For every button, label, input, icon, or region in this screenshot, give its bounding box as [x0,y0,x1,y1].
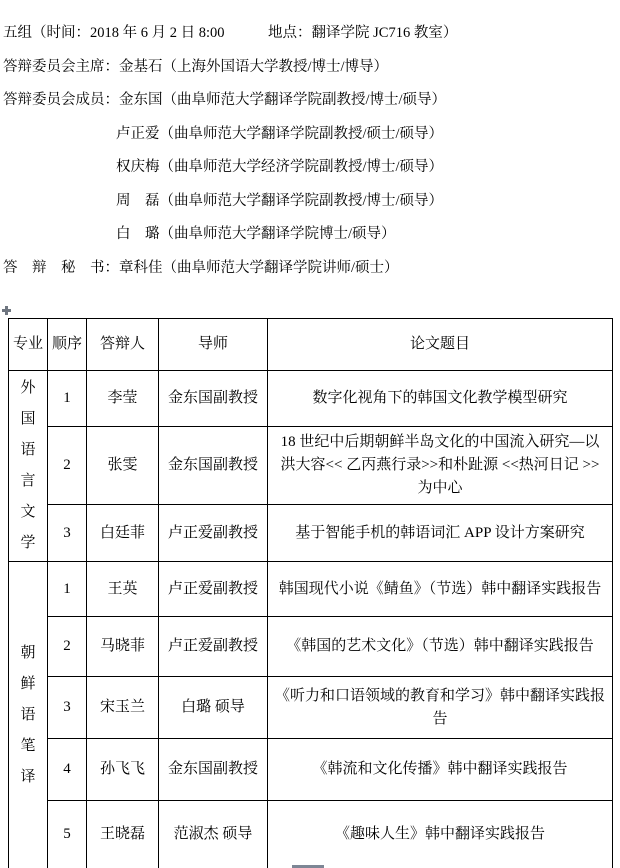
major-cell: 朝鲜语笔译 [9,562,48,868]
table-row: 5 王晓磊 范淑杰 硕导 《趣味人生》韩中翻译实践报告 [9,801,613,868]
order-cell: 3 [48,677,87,739]
student-cell: 马晓菲 [87,617,159,677]
title-cell: 基于智能手机的韩语词汇 APP 设计方案研究 [268,505,613,562]
header-major: 专业 [9,319,48,371]
header-student: 答辩人 [87,319,159,371]
order-cell: 5 [48,801,87,868]
order-cell: 2 [48,617,87,677]
major-cell: 外国语言文学 [9,371,48,562]
title-cell: 《韩流和文化传播》韩中翻译实践报告 [268,739,613,801]
committee-member-4: 周 磊（曲阜师范大学翻译学院副教授/博士/硕导） [3,185,615,219]
committee-member-3: 权庆梅（曲阜师范大学经济学院副教授/博士/硕导） [3,151,615,185]
student-cell: 王晓磊 [87,801,159,868]
advisor-cell: 卢正爱副教授 [159,505,268,562]
order-cell: 1 [48,371,87,427]
document-page: 五组（时间：2018 年 6 月 2 日 8:00 地点：翻译学院 JC716 … [0,0,620,868]
title-cell: 《听力和口语领域的教育和学习》韩中翻译实践报告 [268,677,613,739]
table-row: 2 马晓菲 卢正爱副教授 《韩国的艺术文化》（节选）韩中翻译实践报告 [9,617,613,677]
table-move-handle-icon[interactable] [2,306,11,315]
table-row: 3 宋玉兰 白璐 硕导 《听力和口语领域的教育和学习》韩中翻译实践报告 [9,677,613,739]
table-row: 朝鲜语笔译 1 王英 卢正爱副教授 韩国现代小说《鲭鱼》（节选）韩中翻译实践报告 [9,562,613,617]
student-cell: 李莹 [87,371,159,427]
title-cell: 18 世纪中后期朝鲜半岛文化的中国流入研究—以洪大容<< 乙丙燕行录>>和朴趾源… [268,426,613,504]
student-cell: 宋玉兰 [87,677,159,739]
advisor-cell: 范淑杰 硕导 [159,801,268,868]
title-cell: 《韩国的艺术文化》（节选）韩中翻译实践报告 [268,617,613,677]
table-header-row: 专业 顺序 答辩人 导师 论文题目 [9,319,613,371]
order-cell: 2 [48,426,87,504]
major-label: 外国语言文学 [20,373,36,559]
table-row: 3 白廷菲 卢正爱副教授 基于智能手机的韩语词汇 APP 设计方案研究 [9,505,613,562]
order-cell: 1 [48,562,87,617]
advisor-cell: 金东国副教授 [159,426,268,504]
advisor-cell: 金东国副教授 [159,371,268,427]
group-time-location-line: 五组（时间：2018 年 6 月 2 日 8:00 地点：翻译学院 JC716 … [3,17,615,51]
advisor-cell: 卢正爱副教授 [159,617,268,677]
table-row: 2 张雯 金东国副教授 18 世纪中后期朝鲜半岛文化的中国流入研究—以洪大容<<… [9,426,613,504]
committee-chair-line: 答辩委员会主席：金基石（上海外国语大学教授/博士/博导） [3,51,615,85]
order-cell: 4 [48,739,87,801]
student-cell: 白廷菲 [87,505,159,562]
committee-member-1: 金东国（曲阜师范大学翻译学院副教授/博士/硕导） [119,92,446,108]
table-row: 4 孙飞飞 金东国副教授 《韩流和文化传播》韩中翻译实践报告 [9,739,613,801]
header-order: 顺序 [48,319,87,371]
advisor-cell: 卢正爱副教授 [159,562,268,617]
move-handle-bar-vertical [5,306,8,315]
advisor-cell: 白璐 硕导 [159,677,268,739]
intro-block: 五组（时间：2018 年 6 月 2 日 8:00 地点：翻译学院 JC716 … [3,17,615,285]
title-cell: 韩国现代小说《鲭鱼》（节选）韩中翻译实践报告 [268,562,613,617]
major-label: 朝鲜语笔译 [20,638,36,793]
committee-member-5: 白 璐（曲阜师范大学翻译学院博士/硕导） [3,218,615,252]
order-cell: 3 [48,505,87,562]
header-title: 论文题目 [268,319,613,371]
defense-secretary-line: 答 辩 秘 书：章科佳（曲阜师范大学翻译学院讲师/硕士） [3,252,615,286]
advisor-cell: 金东国副教授 [159,739,268,801]
defense-schedule-table: 专业 顺序 答辩人 导师 论文题目 外国语言文学 1 李莹 金东国副教授 数字化… [8,318,613,868]
student-cell: 张雯 [87,426,159,504]
committee-member-2: 卢正爱（曲阜师范大学翻译学院副教授/硕士/硕导） [3,118,615,152]
title-cell: 《趣味人生》韩中翻译实践报告 [268,801,613,868]
student-cell: 孙飞飞 [87,739,159,801]
table-row: 外国语言文学 1 李莹 金东国副教授 数字化视角下的韩国文化教学模型研究 [9,371,613,427]
committee-members-label: 答辩委员会成员： [3,92,119,108]
committee-members-line-1: 答辩委员会成员：金东国（曲阜师范大学翻译学院副教授/博士/硕导） [3,84,615,118]
header-advisor: 导师 [159,319,268,371]
student-cell: 王英 [87,562,159,617]
title-cell: 数字化视角下的韩国文化教学模型研究 [268,371,613,427]
